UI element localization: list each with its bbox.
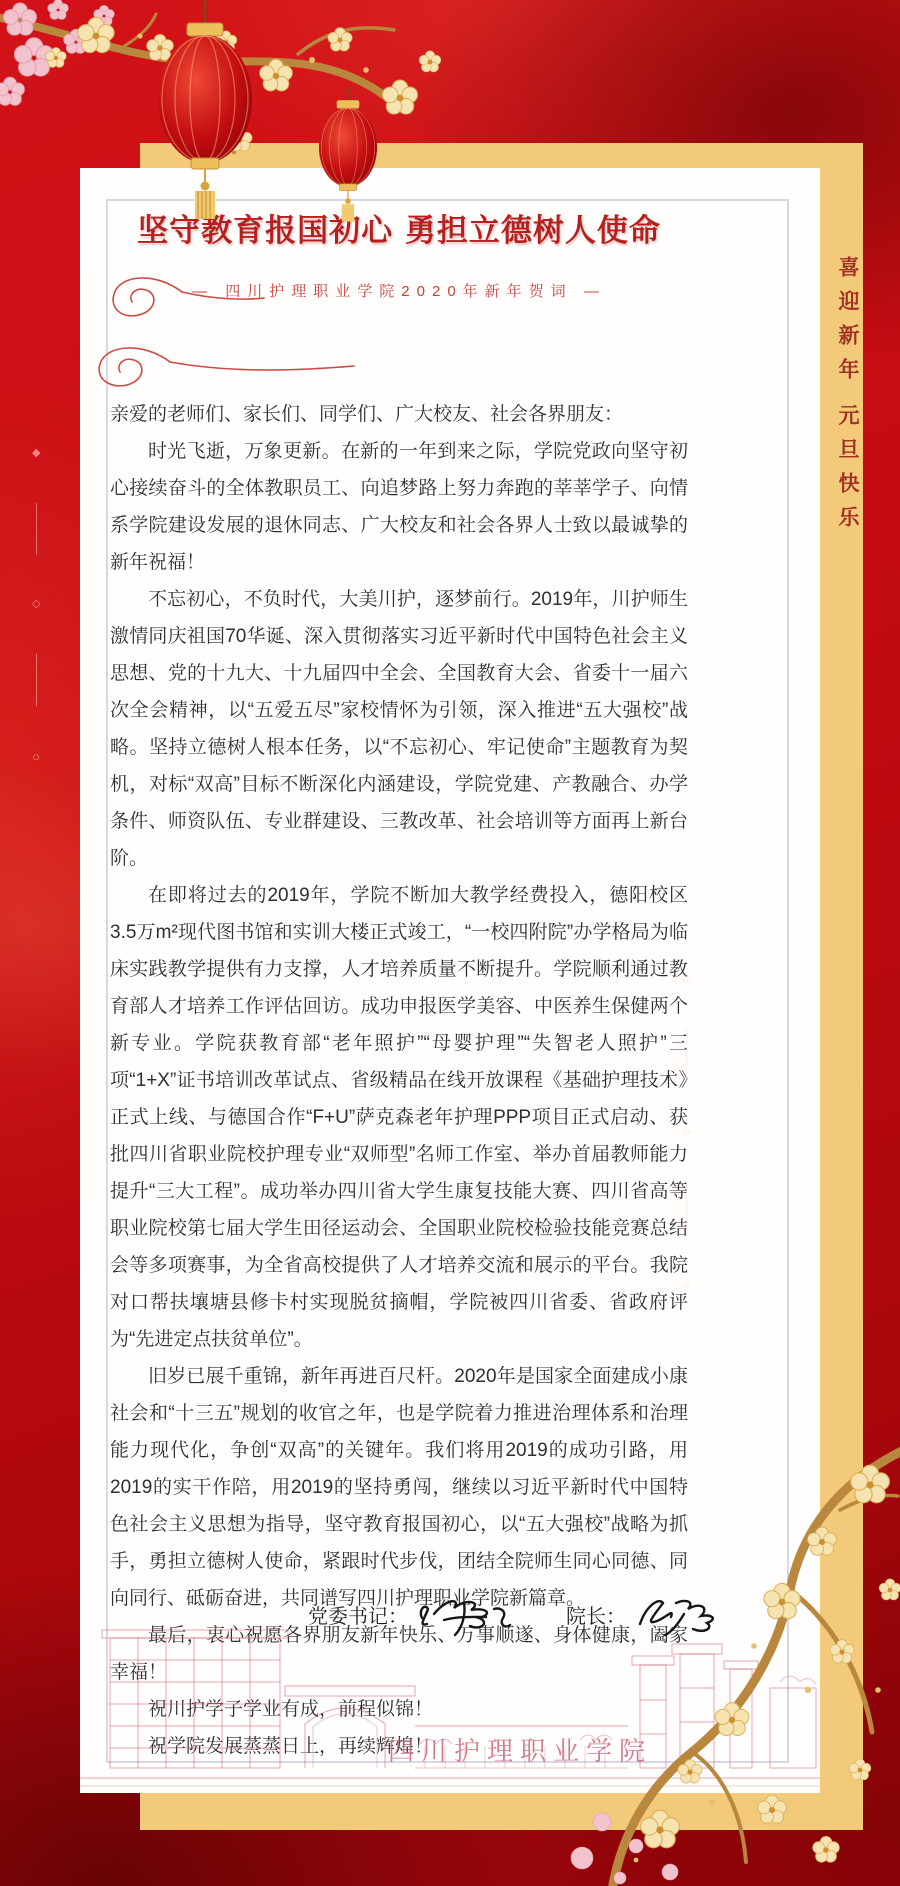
diamond-ornament-icon: ◆ xyxy=(32,448,40,459)
cloud-scroll-ornament-icon xyxy=(86,254,396,394)
right-edge-ornaments: ◇ ○ ○ xyxy=(682,952,690,1313)
line-ornament xyxy=(686,1029,687,1081)
letter-body: 亲爱的老师们、家长们、同学们、广大校友、社会各界朋友： 时光飞逝，万象更新。在新… xyxy=(110,396,688,1765)
salutation: 亲爱的老师们、家长们、同学们、广大校友、社会各界朋友： xyxy=(110,396,688,433)
line-ornament xyxy=(36,503,37,555)
paragraph: 不忘初心，不负时代，大美川护，逐梦前行。2019年，川护师生激情同庆祖国70华诞… xyxy=(110,581,688,877)
new-year-greeting-poster: { "banner": { "greeting1": "喜迎新年", "gree… xyxy=(0,0,900,1886)
line-ornament xyxy=(36,654,37,706)
vertical-banner-greeting-2: 元旦快乐 xyxy=(820,404,863,540)
letter-title: 坚守教育报国初心 勇担立德树人使命 xyxy=(110,205,688,250)
letter-card: 坚守教育报国初心 勇担立德树人使命 — 四川护理职业学院2020年新年贺词 — … xyxy=(80,168,820,1793)
line-ornament xyxy=(686,1182,687,1234)
secretary-label: 党委书记： xyxy=(308,1600,408,1629)
gate-caption: 四川护理职业学院 xyxy=(388,1737,652,1767)
paragraph: 旧岁已展千重锦，新年再进百尺杆。2020年是国家全面建成小康社会和“十三五”规划… xyxy=(110,1358,688,1617)
diamond-ornament-icon: ◇ xyxy=(682,974,690,985)
paragraph: 时光飞逝，万象更新。在新的一年到来之际，学院党政向坚守初心接续奋斗的全体教职员工… xyxy=(110,433,688,581)
circle-ornament-icon: ○ xyxy=(682,1278,690,1291)
president-label: 院长： xyxy=(566,1600,626,1629)
campus-gate-drawing: 四川护理职业学院 xyxy=(80,1628,820,1793)
paragraph: 在即将过去的2019年，学院不断加大教学经费投入，德阳校区3.5万m²现代图书馆… xyxy=(110,877,688,1358)
vertical-banner-greeting-1: 喜迎新年 xyxy=(820,256,863,392)
circle-ornament-icon: ○ xyxy=(682,1125,690,1138)
diamond-ornament-icon: ◇ xyxy=(32,599,40,610)
left-edge-ornaments: ◆ ◇ ○ xyxy=(32,426,40,785)
circle-ornament-icon: ○ xyxy=(32,750,40,763)
